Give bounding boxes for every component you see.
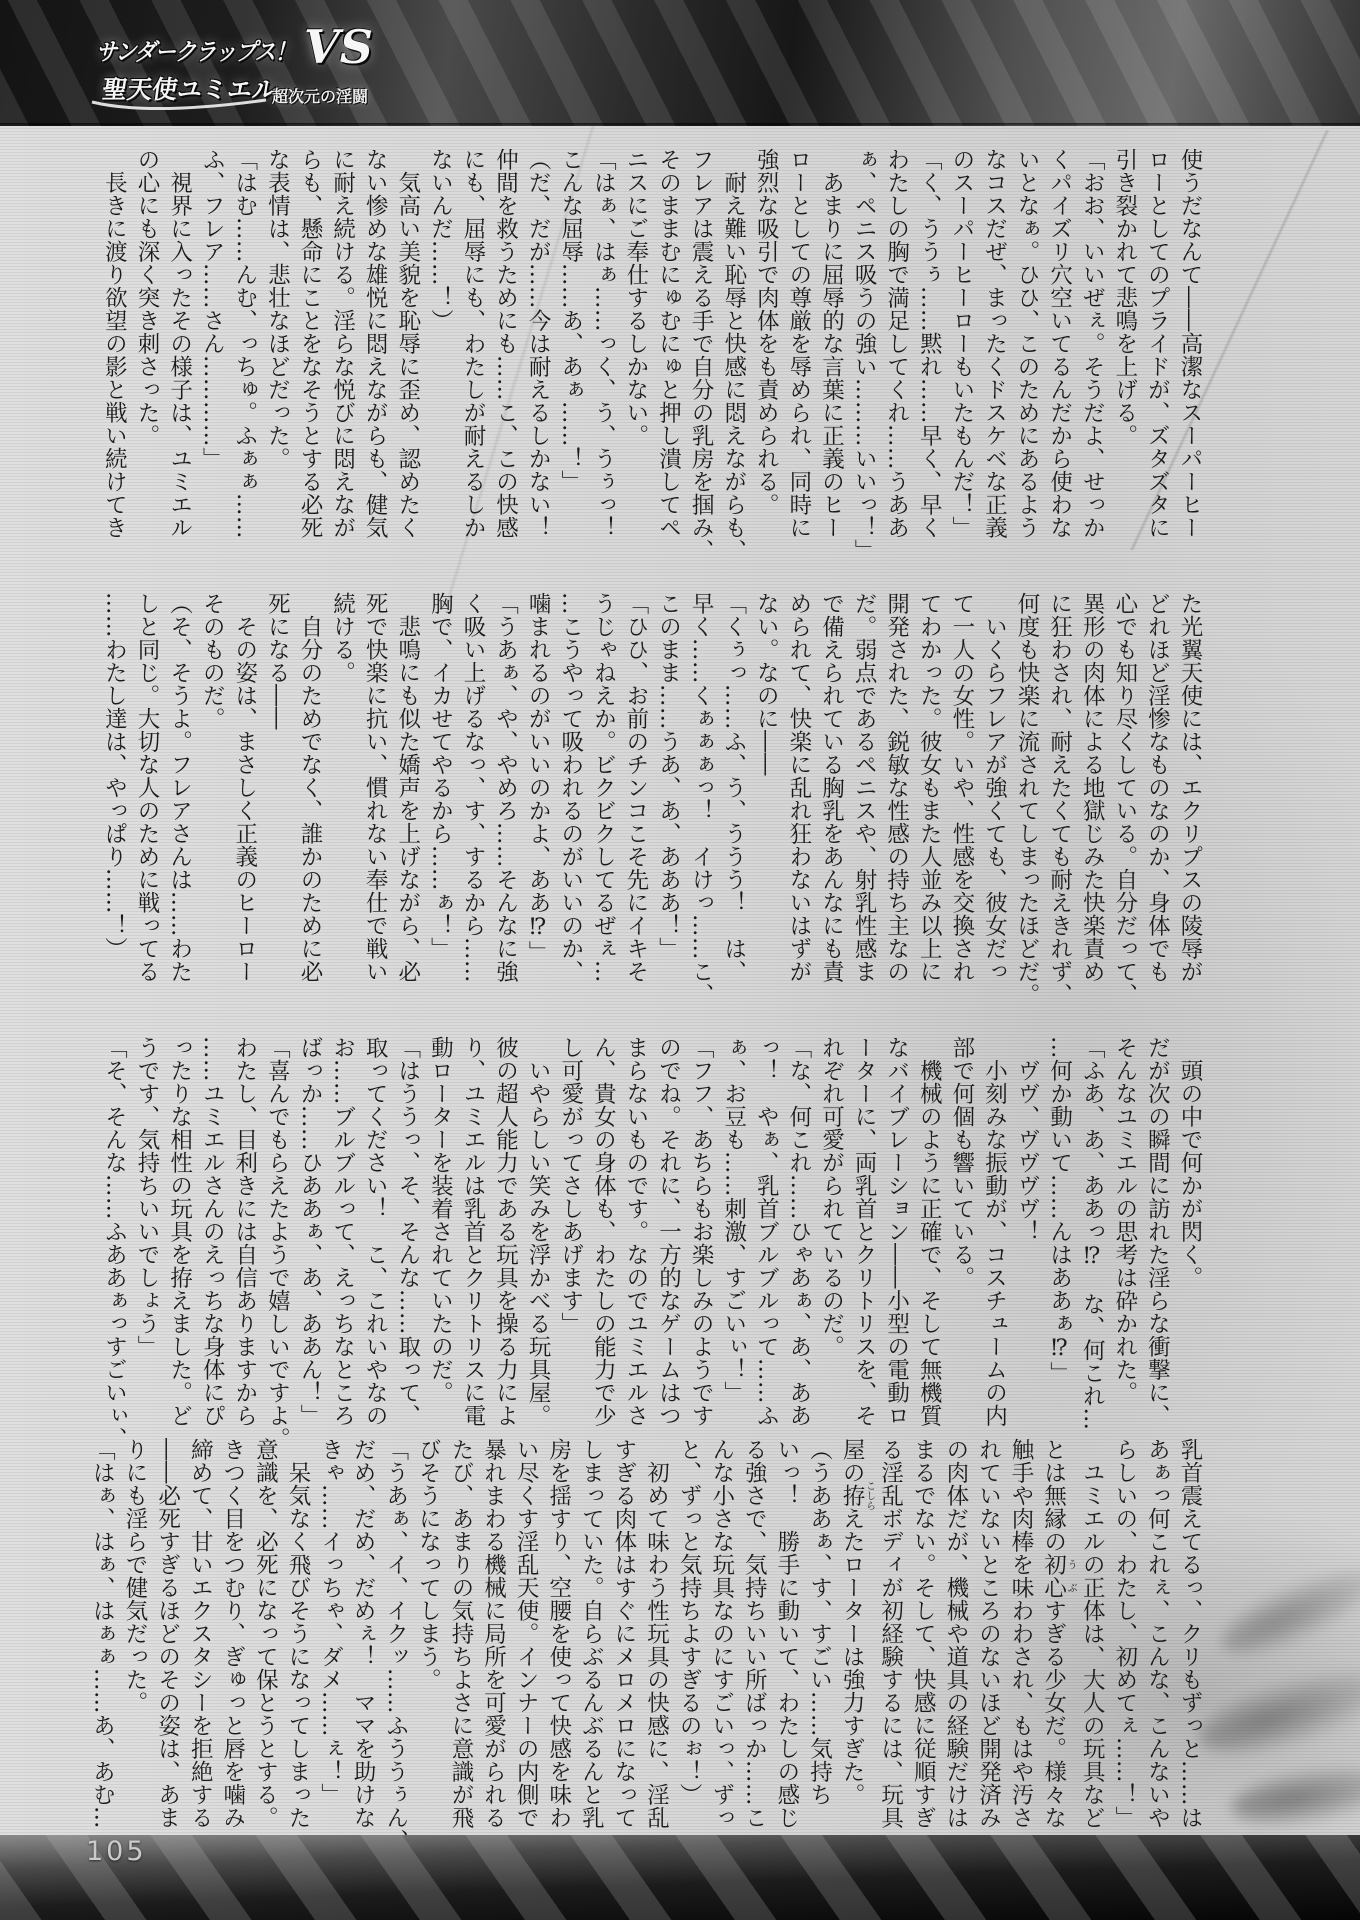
text-column: すぎる肉体はすぐにメロメロになって	[607, 1438, 640, 1844]
text-column: 死で快楽に抗い、慣れない奉仕で戦い	[359, 592, 392, 998]
text-column: （そ、そうよ。フレアさんは……わた	[163, 592, 196, 998]
text-band-2: た光翼天使には、エクリプスの陵辱がどれほど淫惨なものなのか、身体でも心でも知り尽…	[97, 592, 1206, 998]
text-column: められて、快楽に乱れ狂わないはずが	[782, 592, 815, 998]
text-column: きつく目をつむり、ぎゅっと唇を噛み	[216, 1438, 249, 1844]
text-column: て一人の女性。いや、性感を交換され	[945, 592, 978, 998]
text-column: わたし、目利きには自信ありますから	[228, 1036, 261, 1442]
text-column: のスーパーヒーローもいたもんだ！」	[945, 148, 978, 554]
text-column: 「くぅっ……ふ、う、ううう！ は、	[717, 592, 750, 998]
logo-title-main: サンダークラップス！	[94, 32, 302, 67]
text-column: 「そ、そんな……ふああぁっすごいぃ、	[98, 1036, 131, 1442]
text-column: 小刻みな振動が、コスチュームの内	[978, 1036, 1011, 1442]
text-column: うです、気持ちいいでしょう」	[130, 1036, 163, 1442]
text-column: 耐え難い恥辱と快感に悶えながらも、	[717, 148, 750, 554]
text-column: 気高い美貌を恥辱に歪め、認めたく	[391, 148, 424, 554]
text-column: れぞれ可愛がられているのだ。	[815, 1036, 848, 1442]
text-column: ニスにご奉仕するしかない。	[619, 148, 652, 554]
text-column: 仲間を救うためにも……こ、この快感	[489, 148, 522, 554]
text-column: 「ふあ、あ、ああっ⁉ な、何これ…	[1076, 1036, 1109, 1442]
text-column: ぁ、お豆も……刺激、すごいぃ！」	[717, 1036, 750, 1442]
text-column: 「はむ……んむ、っちゅ。ふぁぁ……	[228, 148, 261, 554]
text-column: らも、懸命にことをなそうとする必死	[293, 148, 326, 554]
text-column: とは無縁の初心うぶすぎる少女だ。様々な	[1037, 1438, 1076, 1844]
text-column: 引き裂かれて悲鳴を上げる。	[1108, 148, 1141, 554]
page-number: 105	[86, 1836, 147, 1867]
text-column: く吸い上げるなっ、す、するから……	[456, 592, 489, 998]
text-column: 「く、ううぅ……黙れ……早く、早く	[913, 148, 946, 554]
text-column: だめ、だめ、だめぇ！ ママを助けな	[347, 1438, 380, 1844]
text-column: なコスだぜ、まったくドスケベな正義	[978, 148, 1011, 554]
text-column: 心でも知り尽くしている。自分だって、	[1108, 592, 1141, 998]
text-column: 自分のためでなく、誰かのために必	[293, 592, 326, 998]
text-column: ユミエルの正体は、大人の玩具など	[1076, 1438, 1109, 1844]
text-column: ぁ、ペニス吸うの強い………いいっ！」	[847, 148, 880, 554]
text-column: いっ！ 勝手に動いて、わたしの感じ	[770, 1438, 803, 1844]
text-column: りにも淫らで健気だった。	[118, 1438, 151, 1844]
text-column: ったりな相性の玩具を拵えました。ど	[163, 1036, 196, 1442]
text-column: あぁっ何これぇ、こんな、こんないや	[1141, 1438, 1174, 1844]
text-column: 長きに渡り欲望の影と戦い続けてき	[98, 148, 131, 554]
text-band-4: 乳首震えてるっ、クリもずっと……はあぁっ何これぇ、こんな、こんないやらしいの、わ…	[97, 1438, 1206, 1844]
text-column: その姿は、まさしく正義のヒーロー	[228, 592, 261, 998]
text-column: きゃ……イっちゃ、ダメ……ぇ！」	[314, 1438, 347, 1844]
text-column: 「はううっ、そ、そんな……取って、	[391, 1036, 424, 1442]
text-column: 「フフ、あちらもお楽しみのようです	[685, 1036, 718, 1442]
text-column: どれほど淫惨なものなのか、身体でも	[1141, 592, 1174, 998]
text-column: る淫乱ボディが初経験するには、玩具	[874, 1438, 907, 1844]
header-banner: サンダークラップス！ VS 聖天使ユミエル 超次元の淫闘	[0, 0, 1360, 126]
text-column: にも、屈辱にも、わたしが耐えるしか	[456, 148, 489, 554]
text-column: 呆気なく飛びそうになってしまった	[281, 1438, 314, 1844]
text-column: 意識を、必死になって保とうとする。	[249, 1438, 282, 1844]
text-column: しまっていた。自らぶるんぶるんと乳	[575, 1438, 608, 1844]
logo-vs: VS	[304, 24, 373, 70]
text-column: れていないところのないほど開発済み	[972, 1438, 1005, 1844]
text-column: …こうやって吸われるのがいいのか、	[554, 592, 587, 998]
logo-swoosh-underline	[90, 96, 270, 114]
text-column: る強さで、気持ちいい所ばっか……こ	[738, 1438, 771, 1844]
text-column: 胸で、イカせてやるから……ぁ！」	[424, 592, 457, 998]
text-column: で備えられている胸乳をあんなにも責	[815, 592, 848, 998]
logo-subtitle: 超次元の淫闘	[272, 84, 368, 107]
text-column: 噛まれるのがいいのかよ、ああ⁉」	[522, 592, 555, 998]
title-logo: サンダークラップス！ VS 聖天使ユミエル 超次元の淫闘	[94, 32, 320, 67]
text-column: しと同じ。大切な人のために戦ってる	[130, 592, 163, 998]
text-column: ばっか……ひああぁ、あ、ああん！」	[293, 1036, 326, 1442]
text-column: 動ローターを装着されていたのだ。	[424, 1036, 457, 1442]
text-column: 死になる――	[261, 592, 294, 998]
text-column: ローとしてのプライドが、ズタズタに	[1141, 148, 1174, 554]
footer-strip	[0, 1835, 1360, 1920]
text-column: そんなユミエルの思考は砕かれた。	[1108, 1036, 1141, 1442]
text-column: 「はぁ、はぁ……っく、う、うぅっ！	[587, 148, 620, 554]
text-column: 悲鳴にも似た嬌声を上げながら、必	[391, 592, 424, 998]
text-column: 「ひひ、お前のチンコこそ先にイキそ	[619, 592, 652, 998]
text-column: 頭の中で何かが閃く。	[1173, 1036, 1206, 1442]
text-column: 暴れまわる機械に局所を可愛がられる	[477, 1438, 510, 1844]
text-column: 彼の超人能力である玩具を操る力によ	[489, 1036, 522, 1442]
text-column: あまりに屈辱的な言葉に正義のヒー	[815, 148, 848, 554]
text-column: 部で何個も響いている。	[945, 1036, 978, 1442]
text-column: だが次の瞬間に訪れた淫らな衝撃に、	[1141, 1036, 1174, 1442]
text-column: っ！ やぁ、乳首ブルブルって……ふ	[750, 1036, 783, 1442]
text-column: そのものだ。	[196, 592, 229, 998]
text-column: の心にも深く突き刺さった。	[130, 148, 163, 554]
text-column: た光翼天使には、エクリプスの陵辱が	[1173, 592, 1206, 998]
text-column: 早く……くぁぁぁっ！ イけっ……こ、	[685, 592, 718, 998]
text-column: 「な、何これ……ひゃあぁ、あ、ああ	[782, 1036, 815, 1442]
text-column: 何度も快楽に流されてしまったほどだ。	[1010, 592, 1043, 998]
text-column: 異形の肉体による地獄じみた快楽責め	[1076, 592, 1109, 998]
text-column: らしいの、わたし、初めてぇ……！」	[1108, 1438, 1141, 1844]
text-column: ……ユミエルさんのえっちな身体にぴ	[196, 1036, 229, 1442]
text-column: し可愛がってさしあげます」	[554, 1036, 587, 1442]
text-column: と、ずっと気持ちよすぎるのぉ！）	[673, 1438, 706, 1844]
text-column: 触手や肉棒を味わわされ、もはや汚さ	[1004, 1438, 1037, 1844]
text-column: 「うあぁ、や、やめろ……そんなに強	[489, 592, 522, 998]
text-column: 取ってください！ こ、これいやなの	[359, 1036, 392, 1442]
text-column: うじゃねえか。ビクビクしてるぜぇ…	[587, 592, 620, 998]
text-column: いやらしい笑みを浮かべる玩具屋。	[522, 1036, 555, 1442]
text-column: 乳首震えてるっ、クリもずっと……は	[1173, 1438, 1206, 1844]
text-column: ない惨めな雄悦に悶えながらも、健気	[359, 148, 392, 554]
text-band-3: 頭の中で何かが閃く。だが次の瞬間に訪れた淫らな衝撃に、そんなユミエルの思考は砕か…	[97, 1036, 1206, 1442]
text-column: 続ける。	[326, 592, 359, 998]
text-column: …何か動いて……んはああぁ⁉」	[1043, 1036, 1076, 1442]
text-column: たび、あまりの気持ちよさに意識が飛	[444, 1438, 477, 1844]
text-column: びそうになってしまう。	[412, 1438, 445, 1844]
text-column: い尽くす淫乱天使。インナーの内側で	[510, 1438, 543, 1844]
text-column: 使うだなんて――高潔なスーパーヒー	[1173, 148, 1206, 554]
text-column: な表情は、悲壮なほどだった。	[261, 148, 294, 554]
text-column: ヴヴ、ヴヴヴヴ！	[1010, 1036, 1043, 1442]
text-column: わたしの胸で満足してくれ……うああ	[880, 148, 913, 554]
text-column: まらないものです。なのでユミエルさ	[619, 1036, 652, 1442]
text-column: （だ、だが……今は耐えるしかない！	[522, 148, 555, 554]
text-column: の肉体だが、機械や道具の経験だけは	[939, 1438, 972, 1844]
text-column: いくらフレアが強くても、彼女だっ	[978, 592, 1011, 998]
text-column: まるでない。そして、快感に従順すぎ	[907, 1438, 940, 1844]
text-column: このまま……うあ、あ、あああ！」	[652, 592, 685, 998]
text-column: くパイズリ穴空いてるんだから使わな	[1043, 148, 1076, 554]
text-column: ……わたし達は、やっぱり……！）	[98, 592, 131, 998]
text-column: んな小さな玩具なのにすごいっ、ずっ	[705, 1438, 738, 1844]
text-column: のでね。それに、一方的なゲームはつ	[652, 1036, 685, 1442]
text-column: フレアは震える手で自分の乳房を掴み、	[685, 148, 718, 554]
text-column: 強烈な吸引で肉体をも責められる。	[750, 148, 783, 554]
text-column: ーターに、両乳首とクリトリスを、そ	[847, 1036, 880, 1442]
text-column: に耐え続ける。淫らな悦びに悶えなが	[326, 148, 359, 554]
text-column: 機械のように正確で、そして無機質	[913, 1036, 946, 1442]
text-column: だ。弱点であるペニスや、射乳性感ま	[847, 592, 880, 998]
text-column: ない。なのに――	[750, 592, 783, 998]
text-column: なバイブレーション――小型の電動ロ	[880, 1036, 913, 1442]
text-column: 房を揺すり、空腰を使って快感を味わ	[542, 1438, 575, 1844]
text-column: いとなぁ。ひひ、このためにあるよう	[1010, 148, 1043, 554]
text-column: 屋の拵こしらえたローターは強力すぎた。	[835, 1438, 874, 1844]
text-band-1: 使うだなんて――高潔なスーパーヒーローとしてのプライドが、ズタズタに引き裂かれて…	[97, 148, 1206, 554]
text-column: お……ブルブルって、えっちなところ	[326, 1036, 359, 1442]
text-column: てわかった。彼女もまた人並み以上に	[913, 592, 946, 998]
text-column: 「喜んでもらえたようで嬉しいですよ。	[261, 1036, 294, 1442]
text-column: （うああぁ、す、すごい……気持ち	[803, 1438, 836, 1844]
text-column: 視界に入ったその様子は、ユミエル	[163, 148, 196, 554]
text-column: ――必死すぎるほどのその姿は、あま	[151, 1438, 184, 1844]
text-column: そのままむにゅむにゅと押し潰してペ	[652, 148, 685, 554]
text-column: ローとしての尊厳を辱められ、同時に	[782, 148, 815, 554]
novel-page: サンダークラップス！ VS 聖天使ユミエル 超次元の淫闘 使うだなんて――高潔な…	[0, 0, 1360, 1920]
text-column: 締めて、甘いエクスタシーを拒絶する	[184, 1438, 217, 1844]
text-column: 「うあぁ、イ、イクッ……ふううぅん、	[379, 1438, 412, 1844]
text-column: 「おお、いいぜぇ。そうだよ、せっか	[1076, 148, 1109, 554]
text-column: ないんだ……！）	[424, 148, 457, 554]
text-column: 「はぁ、はぁ、はぁぁ……あ、あむ…	[86, 1438, 119, 1844]
text-column: に狂わされ、耐えたくても耐えきれず、	[1043, 592, 1076, 998]
text-column: 初めて味わう性玩具の快感に、淫乱	[640, 1438, 673, 1844]
text-column: 開発された、鋭敏な性感の持ち主なの	[880, 592, 913, 998]
text-column: ん、貴女の身体も、わたしの能力で少	[587, 1036, 620, 1442]
text-column: ふ、フレア……さん…………」	[196, 148, 229, 554]
text-column: り、ユミエルは乳首とクリトリスに電	[456, 1036, 489, 1442]
text-column: こんな屈辱……あ、あぁ……！」	[554, 148, 587, 554]
